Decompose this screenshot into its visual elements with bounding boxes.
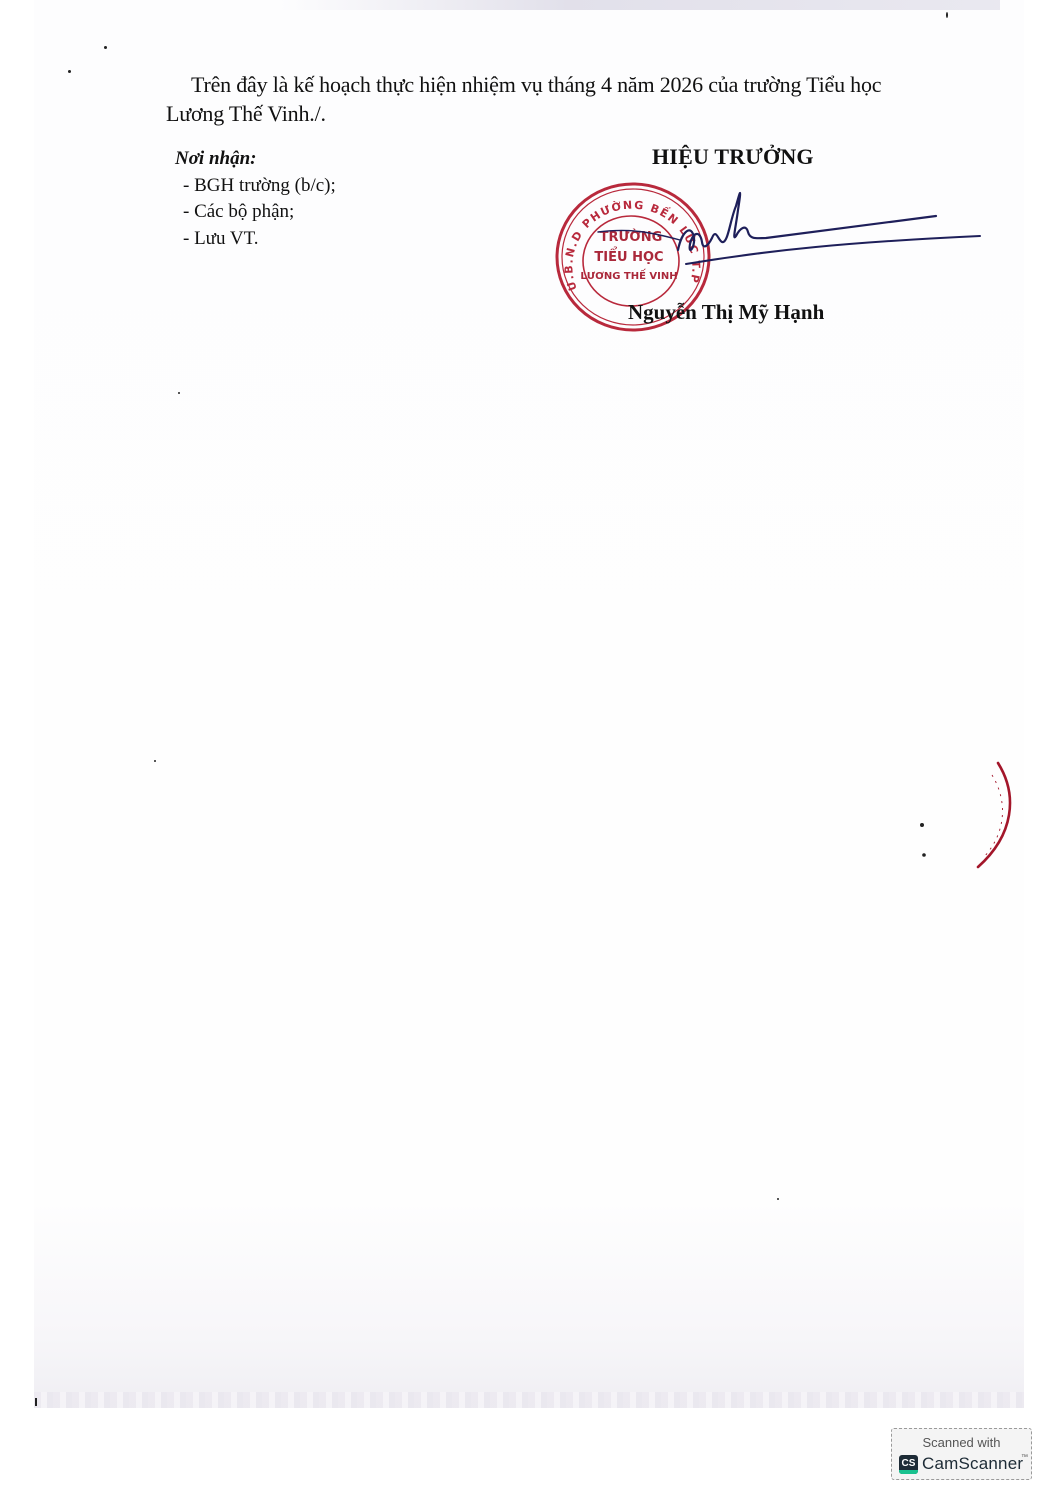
scan-speck — [35, 1398, 37, 1406]
closing-paragraph: Trên đây là kế hoạch thực hiện nhiệm vụ … — [166, 70, 966, 128]
scan-speck — [154, 760, 156, 762]
camscanner-watermark: Scanned with CS CamScanner ™ — [891, 1428, 1032, 1480]
closing-line-2: Lương Thế Vinh./. — [166, 99, 966, 128]
partial-seal-mark-icon — [910, 755, 1020, 875]
signer-title: HIỆU TRƯỞNG — [652, 144, 814, 170]
scan-speck — [68, 70, 71, 73]
closing-line-1: Trên đây là kế hoạch thực hiện nhiệm vụ … — [166, 70, 966, 99]
handwritten-signature-icon — [590, 180, 990, 290]
scan-speck — [946, 12, 948, 18]
scan-speck — [104, 46, 107, 49]
signer-name: Nguyễn Thị Mỹ Hạnh — [628, 300, 824, 325]
recipients-heading: Nơi nhận: — [175, 146, 336, 173]
scan-speck — [178, 392, 180, 394]
watermark-caption: Scanned with — [892, 1435, 1031, 1450]
camscanner-logo-icon: CS — [899, 1455, 918, 1474]
recipient-item: - BGH trường (b/c); — [175, 173, 336, 200]
scan-edge-bottom — [34, 1392, 1024, 1408]
recipient-item: - Lưu VT. — [175, 226, 336, 253]
scan-edge-top — [280, 0, 1000, 10]
trademark-mark: ™ — [1021, 1454, 1028, 1461]
recipients-block: Nơi nhận: - BGH trường (b/c); - Các bộ p… — [175, 146, 336, 252]
watermark-brand: CamScanner — [922, 1454, 1023, 1474]
recipient-item: - Các bộ phận; — [175, 199, 336, 226]
scan-speck — [777, 1198, 779, 1200]
